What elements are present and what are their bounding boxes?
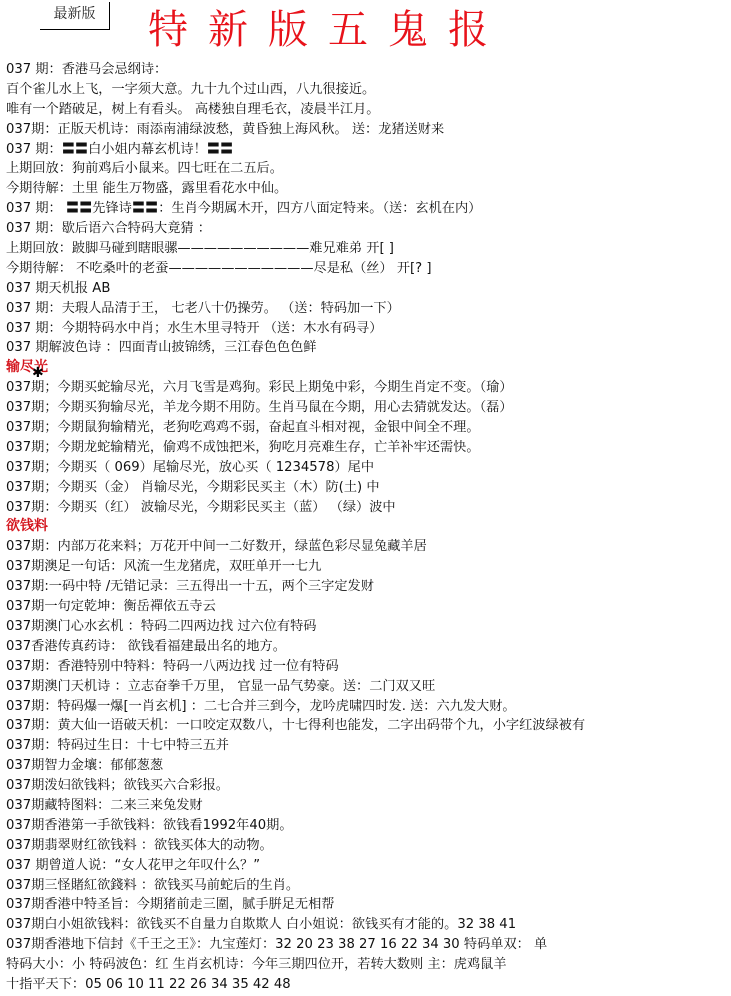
- text-line: 百个雀儿水上飞，一字须大意。九十九个过山西，八九很接近。: [6, 80, 731, 100]
- text-line: 037期智力金壤：郁郁葱葱: [6, 756, 731, 776]
- text-line: 037期：特码爆一爆[一肖玄机] ：二七合并三到今，龙吟虎啸四时发. 送：六九发…: [6, 697, 731, 717]
- text-line: 037期泼妇欲钱料；欲钱买六合彩报。: [6, 776, 731, 796]
- text-line: 037 期天机报 AB: [6, 279, 731, 299]
- text-line: 037香港传真药诗： 欲钱看福建最出名的地方。: [6, 637, 731, 657]
- page-title: 特新版五鬼报: [148, 6, 508, 54]
- text-line: 037期；今期龙蛇输精光，偷鸡不成蚀把米，狗吃月亮难生存，亡羊补牢还需快。: [6, 438, 731, 458]
- text-line: 上期回放：狗前鸡后小鼠来。四七旺在二五后。: [6, 159, 731, 179]
- text-line: 037期翡翠财红欲钱料 ：欲钱买体大的动物。: [6, 836, 731, 856]
- text-line: 037期：内部万花来料；万花开中间一二好数开，绿蓝色彩尽显兔藏羊居: [6, 537, 731, 557]
- text-line: 037期：正版天机诗：雨添南浦绿波愁，黄昏独上海风秋。 送：龙猪送财来: [6, 120, 731, 140]
- text-line: 037期藏特图料：二来三来兔发财: [6, 796, 731, 816]
- text-line: 今期待解： 不吃桑叶的老蚕———————————尽是私（丝） 开[? ]: [6, 259, 731, 279]
- text-line: 037期澳门天机诗 ：立志奋拳千万里， 官显一品气势豪。送：二门双又旺: [6, 677, 731, 697]
- section-heading-lose-all: 输尽光: [6, 358, 731, 378]
- text-line: 037 期解波色诗 ：四面青山披锦绣，三江春色色色鲜: [6, 338, 731, 358]
- latest-version-badge: 最新版: [40, 2, 110, 30]
- text-line: 今期待解：土里 能生万物盛，露里看花水中仙。: [6, 179, 731, 199]
- text-line: 037期香港中特圣旨：今期猪前走三圍，腻手腁足无相帮: [6, 895, 731, 915]
- text-line: 037 期： 〓〓先锋诗〓〓：生肖今期属木开，四方八面定特来。（送：玄机在内）: [6, 199, 731, 219]
- text-line: 037期澳门心水玄机 ：特码二四两边找 过六位有特码: [6, 617, 731, 637]
- text-line: 037期白小姐欲钱料：欲钱买不自量力自欺欺人 白小姐说：欲钱买有才能的。32 3…: [6, 915, 731, 935]
- text-line: 十指平天下：05 06 10 11 22 26 34 35 42 48: [6, 975, 731, 995]
- text-line: 037期；今期鼠狗输精光，老狗吃鸡鸡不弱，奋起直斗相对视，金银中间全不理。: [6, 418, 731, 438]
- text-line: 037期三怪賭紅欲錢料 ：欲钱买马前蛇后的生肖。: [6, 876, 731, 896]
- text-line: 上期回放：跛脚马碰到瞎眼骡——————————难兄难弟 开[ ]: [6, 239, 731, 259]
- text-line: 唯有一个踏破足，树上有看头。 高楼独自理毛衣，凌晨半江月。: [6, 100, 731, 120]
- text-line: 037期；今期买蛇输尽光，六月飞雪是鸡狗。彩民上期兔中彩，今期生肖定不变。（瑜）: [6, 378, 731, 398]
- content: 037 期：香港马会忌纲诗： 百个雀儿水上飞，一字须大意。九十九个过山西，八九很…: [6, 60, 731, 995]
- text-line: 037期；今期买（金） 肖输尽光，今期彩民买主（木）防(土) 中: [6, 478, 731, 498]
- text-line: 037期；今期买狗输尽光，羊龙今期不用防。生肖马鼠在今期，用心去猜就发达。（磊）: [6, 398, 731, 418]
- text-line: 037 期曾道人说：“女人花甲之年叹什么？”: [6, 856, 731, 876]
- mouse-cursor-icon: ✱: [32, 365, 44, 381]
- text-line: 037期:一码中特 /无错记录：三五得出一十五，两个三字定发财: [6, 577, 731, 597]
- text-line: 037期澳足一句话：风流一生龙猪虎，双旺单开一七九: [6, 557, 731, 577]
- text-line: 037 期：夫瑕人品清于王， 七老八十仍操劳。 （送：特码加一下）: [6, 299, 731, 319]
- text-line: 037 期：今期特码水中肖；水生木里寻特开 （送：木水有码寻）: [6, 319, 731, 339]
- text-line: 037期：特码过生日：十七中特三五并: [6, 736, 731, 756]
- text-line: 037期一句定乾坤：衡岳禪依五寺云: [6, 597, 731, 617]
- section-heading-money-tips: 欲钱料: [6, 517, 731, 537]
- text-line: 037 期：〓〓白小姐内幕玄机诗！〓〓: [6, 140, 731, 160]
- text-line: 037期：今期买（红） 波输尽光，今期彩民买主（蓝） （绿）波中: [6, 498, 731, 518]
- text-line: 037 期：歇后语六合特码大竟猜 ：: [6, 219, 731, 239]
- text-line: 特码大小：小 特码波色：红 生肖玄机诗：今年三期四位开，若转大数则 主：虎鸡鼠羊: [6, 955, 731, 975]
- text-line: 037期；今期买（ 069）尾输尽光，放心买（ 1234578）尾中: [6, 458, 731, 478]
- text-line: 037 期：香港马会忌纲诗：: [6, 60, 731, 80]
- text-line: 037期香港第一手欲钱料：欲钱看1992年40期。: [6, 816, 731, 836]
- text-line: 037期香港地下信封《千王之王》：九宝莲灯：32 20 23 38 27 16 …: [6, 935, 731, 955]
- text-line: 037期：黄大仙一语破天机：一口咬定双数八，十七得利也能发，二字出码带个九，小字…: [6, 716, 731, 736]
- text-line: 037期：香港特别中特料：特码一八两边找 过一位有特码: [6, 657, 731, 677]
